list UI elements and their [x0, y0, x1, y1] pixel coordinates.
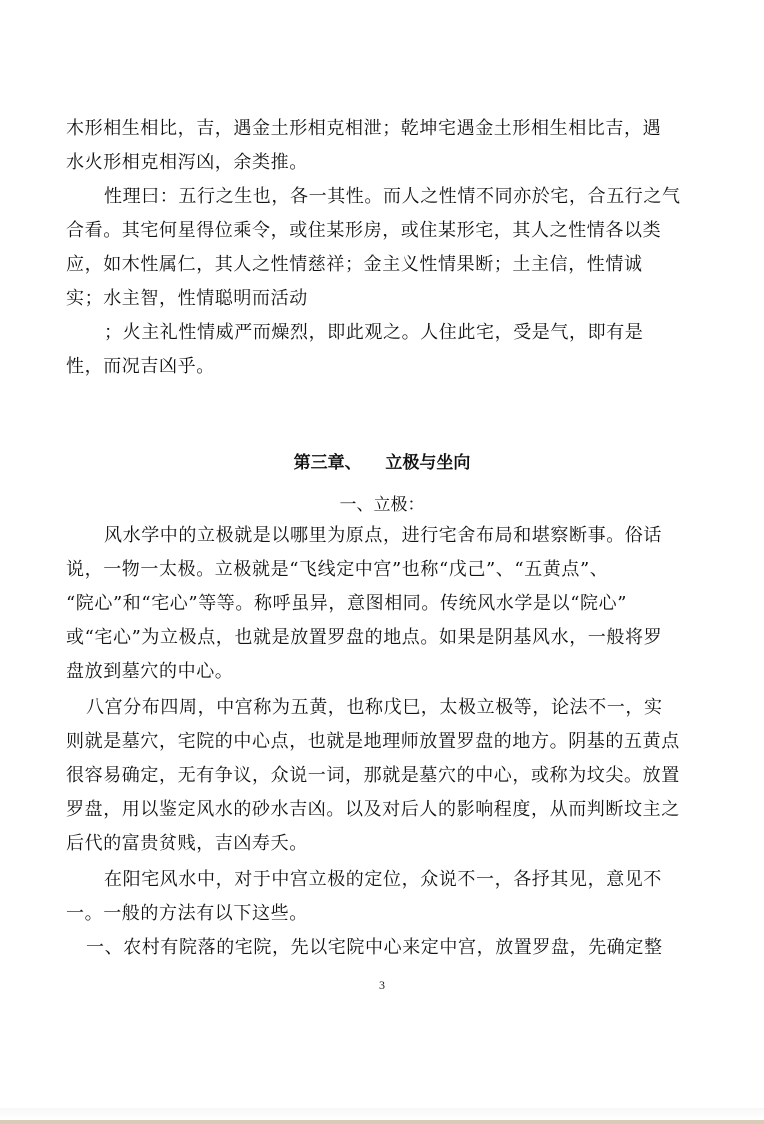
- text-line: “院心”和“宅心”等等。称呼虽异，意图相同。传统风水学是以“院心”: [66, 593, 627, 615]
- text-line: 说，一物一太极。立极就是“飞线定中宫”也称“戊己”、“五黄点”、: [66, 559, 608, 581]
- text-line: 风水学中的立极就是以哪里为原点，进行宅舍布局和堪察断事。俗话: [104, 525, 662, 547]
- section-title: 一、立极：: [0, 494, 764, 516]
- text-line: 应，如木性属仁，其人之性情慈祥；金主义性情果断；土主信，性情诚: [66, 254, 643, 276]
- text-line: 盘放到墓穴的中心。: [66, 661, 233, 683]
- text-line: 则就是墓穴，宅院的中心点，也就是地理师放置罗盘的地方。阴基的五黄点: [66, 731, 680, 753]
- text-line: 很容易确定，无有争议，众说一词，那就是墓穴的中心，或称为坟尖。放置: [66, 765, 680, 787]
- text-line: 木形相生相比，吉，遇金土形相克相泄；乾坤宅遇金土形相生相比吉，遇: [66, 118, 661, 140]
- text-line: 罗盘，用以鉴定风水的砂水吉凶。以及对后人的影响程度，从而判断坟主之: [66, 799, 680, 821]
- text-line: 性理曰：五行之生也，各一其性。而人之性情不同亦於宅，合五行之气: [104, 186, 681, 208]
- text-line: 后代的富贵贫贱，吉凶寿夭。: [66, 833, 308, 855]
- page-shadow: [0, 1108, 764, 1120]
- text-line: 在阳宅风水中，对于中宫立极的定位，众说不一，各抒其见，意见不: [104, 869, 662, 891]
- page-number: 3: [0, 978, 764, 993]
- text-line: 水火形相克相泻凶，余类推。: [66, 152, 308, 174]
- text-line: 合看。其宅何星得位乘令，或住某形房，或住某形宅，其人之性情各以类: [66, 220, 661, 242]
- text-line: 或“宅心”为立极点，也就是放置罗盘的地点。如果是阴基风水，一般将罗: [66, 627, 662, 649]
- page-edge-divider: [0, 1120, 764, 1124]
- text-line: 八宫分布四周，中宫称为五黄，也称戊巳，太极立极等，论法不一，实: [86, 697, 663, 719]
- text-line: 性，而况吉凶乎。: [66, 356, 215, 378]
- text-line: 一。一般的方法有以下这些。: [66, 903, 308, 925]
- document-page: 木形相生相比，吉，遇金土形相克相泄；乾坤宅遇金土形相生相比吉，遇 水火形相克相泻…: [0, 0, 764, 1108]
- text-line: ；火主礼性情威严而燥烈，即此观之。人住此宅，受是气，即有是: [104, 322, 643, 344]
- text-line: 一、农村有院落的宅院，先以宅院中心来定中宫，放置罗盘，先确定整: [86, 937, 663, 959]
- text-line: 实；水主智，性情聪明而活动: [66, 288, 308, 310]
- chapter-title: 第三章、 立极与坐向: [0, 452, 764, 474]
